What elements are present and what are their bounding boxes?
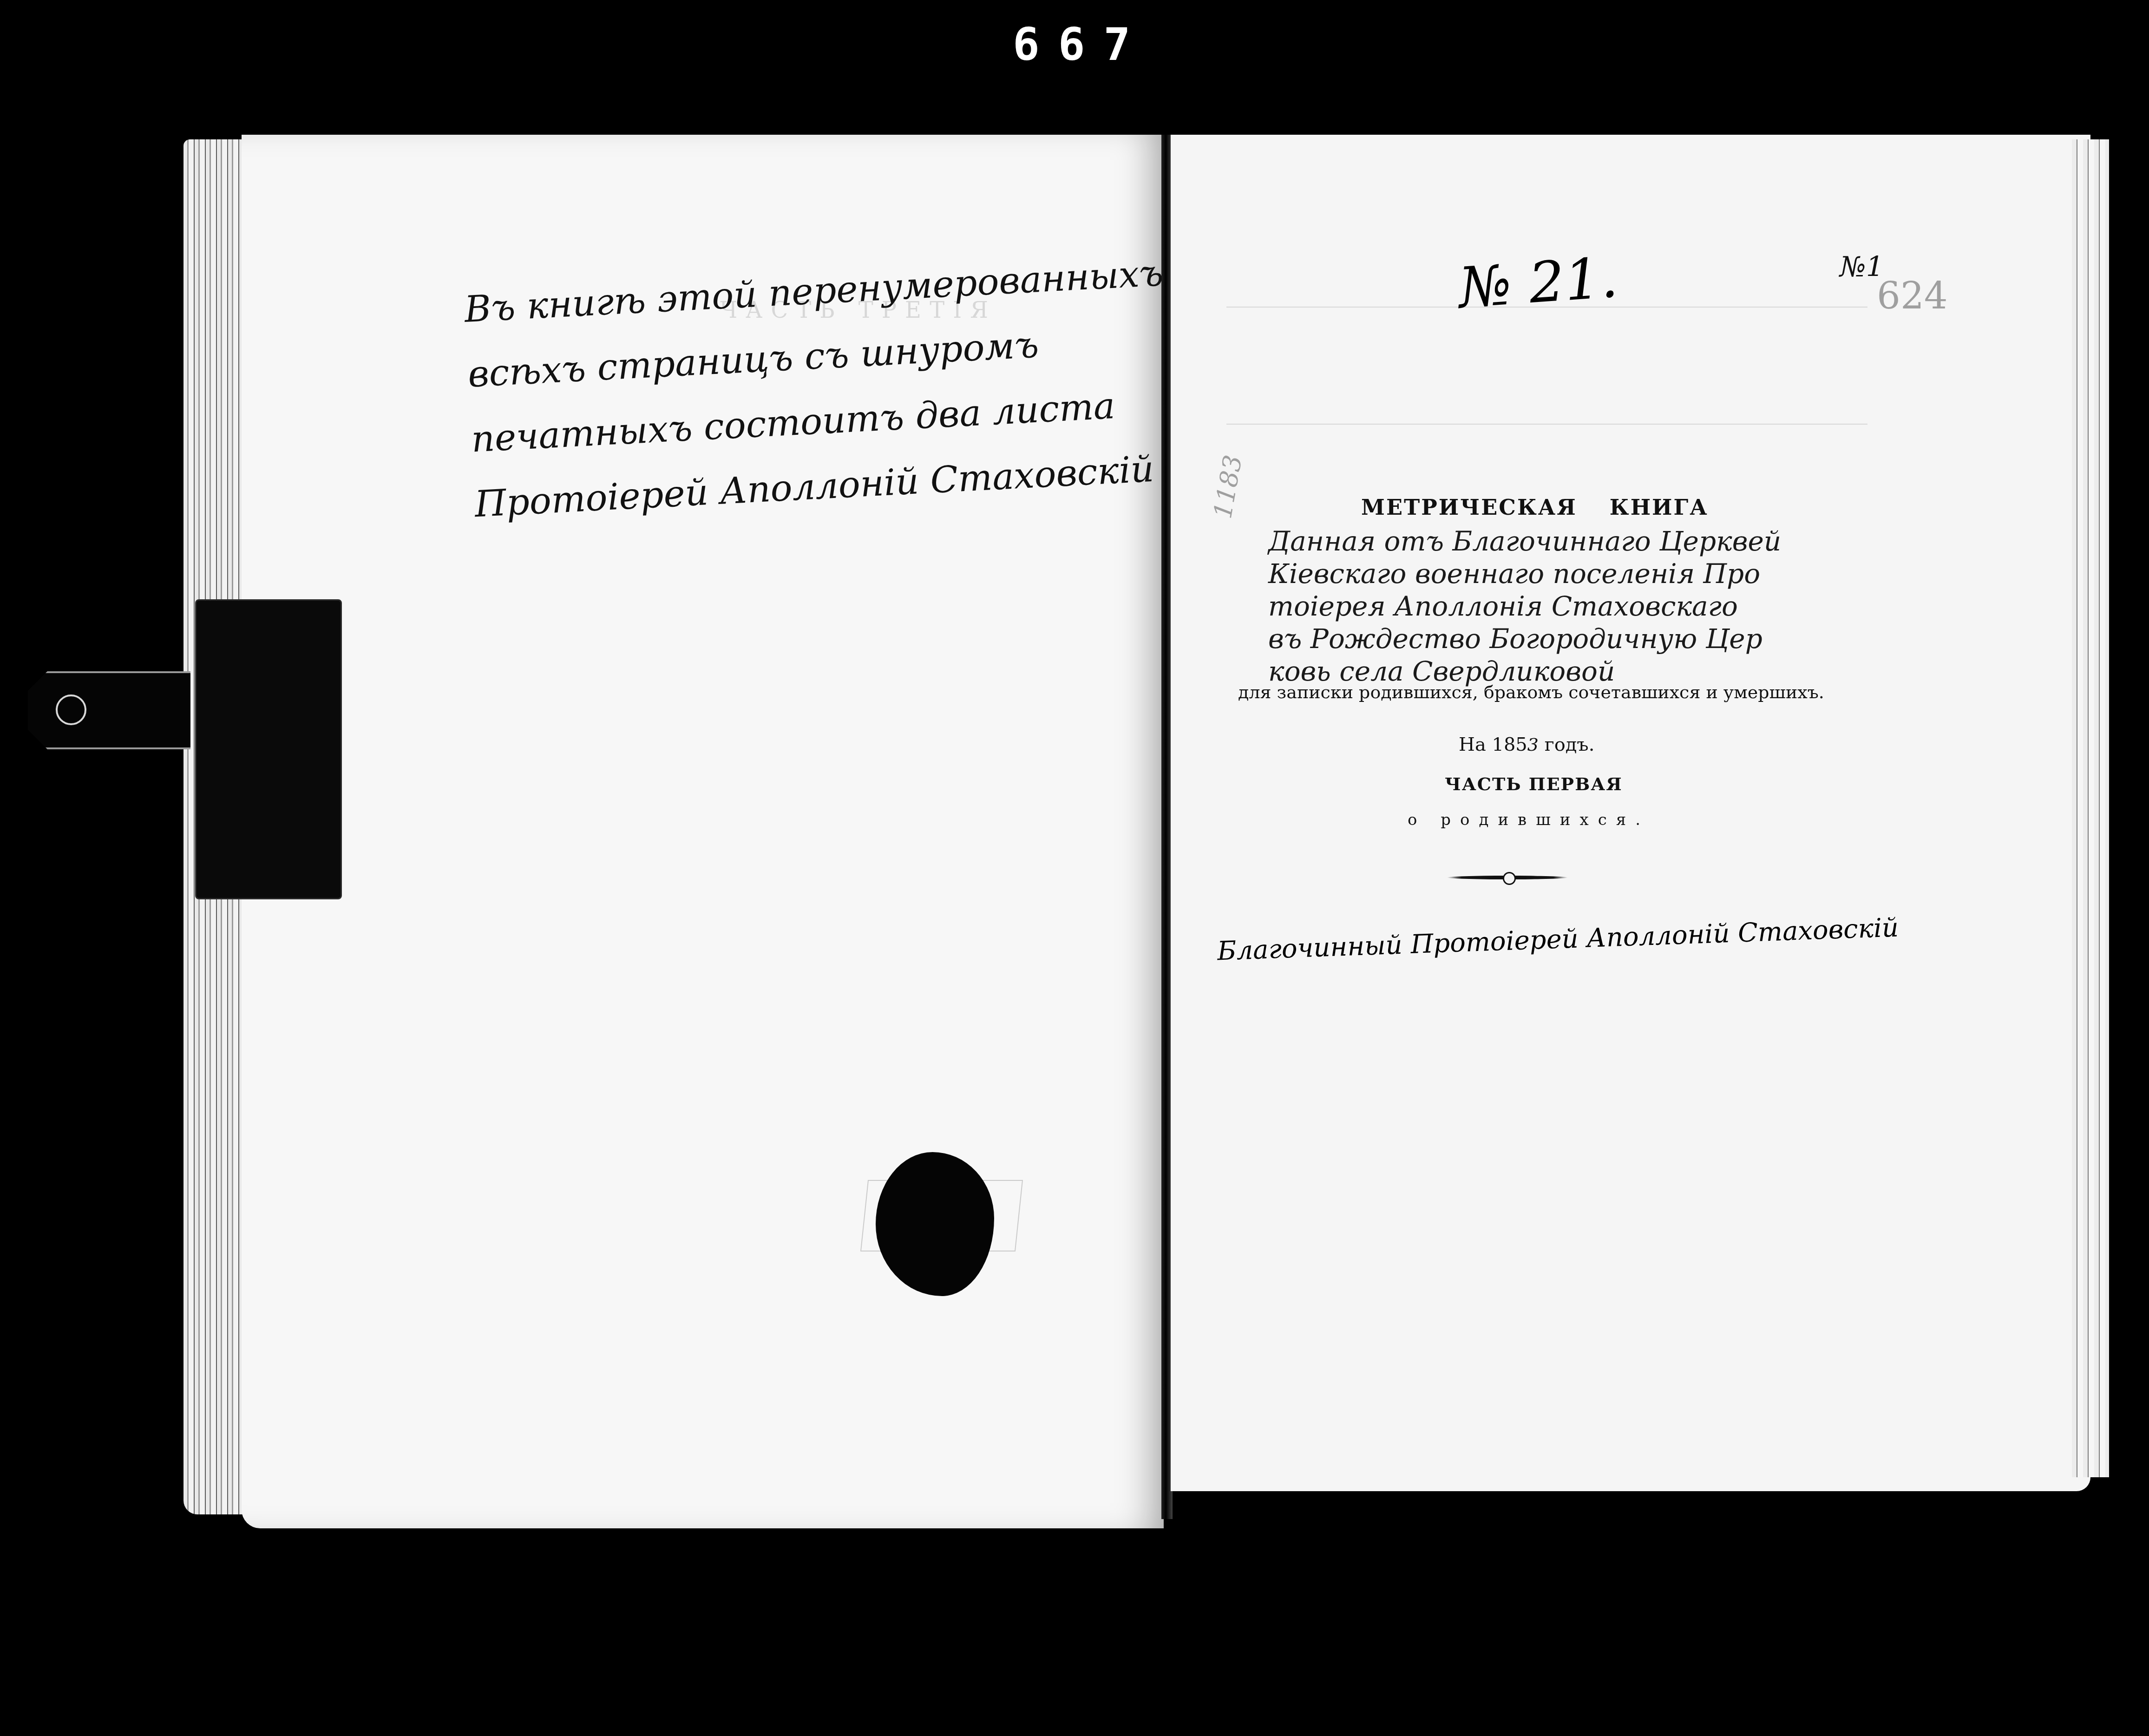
title-word: МЕТРИЧЕСКАЯ <box>1361 495 1577 520</box>
issuance-line: Данная отъ Благочиннаго Церквей <box>1268 525 1854 557</box>
year-line: На 1853 годъ. <box>1459 734 1595 755</box>
book-title: МЕТРИЧЕСКАЯКНИГА <box>1361 495 1709 520</box>
clasp-tab <box>28 671 190 749</box>
year-handwritten-digit: 3 <box>1527 734 1539 755</box>
issuance-line: Кіевскаго военнаго поселенія Про <box>1268 557 1854 590</box>
issuance-line: въ Рождество Богородичную Цер <box>1268 622 1854 655</box>
year-prefix: На 185 <box>1459 734 1527 755</box>
certification-note: Въ книгѣ этой перенумерованныхъ всѣхъ ст… <box>463 243 1126 537</box>
year-suffix: годъ. <box>1545 734 1595 755</box>
archive-folio-number: 624 <box>1877 274 1948 317</box>
part-title: ЧАСТЬ ПЕРВАЯ <box>1445 773 1623 794</box>
part-subtitle: о родившихся. <box>1408 811 1650 829</box>
ghost-table-header <box>1226 307 1867 425</box>
clasp-ring-icon <box>56 694 86 725</box>
frame-number: 667 <box>1013 19 1149 71</box>
ornament-divider-icon <box>1447 876 1568 879</box>
title-word: КНИГА <box>1610 495 1709 520</box>
issuance-text: Данная отъ Благочиннаго Церквей Кіевскаг… <box>1268 525 1854 688</box>
right-page-edges <box>2072 139 2109 1477</box>
register-number: № 21. <box>1457 245 1620 321</box>
issuance-line: тоіерея Аполлонія Стаховскаго <box>1268 590 1854 622</box>
book-purpose: для записки родившихся, бракомъ сочетавш… <box>1238 682 1824 702</box>
clasp-plate <box>195 599 342 899</box>
